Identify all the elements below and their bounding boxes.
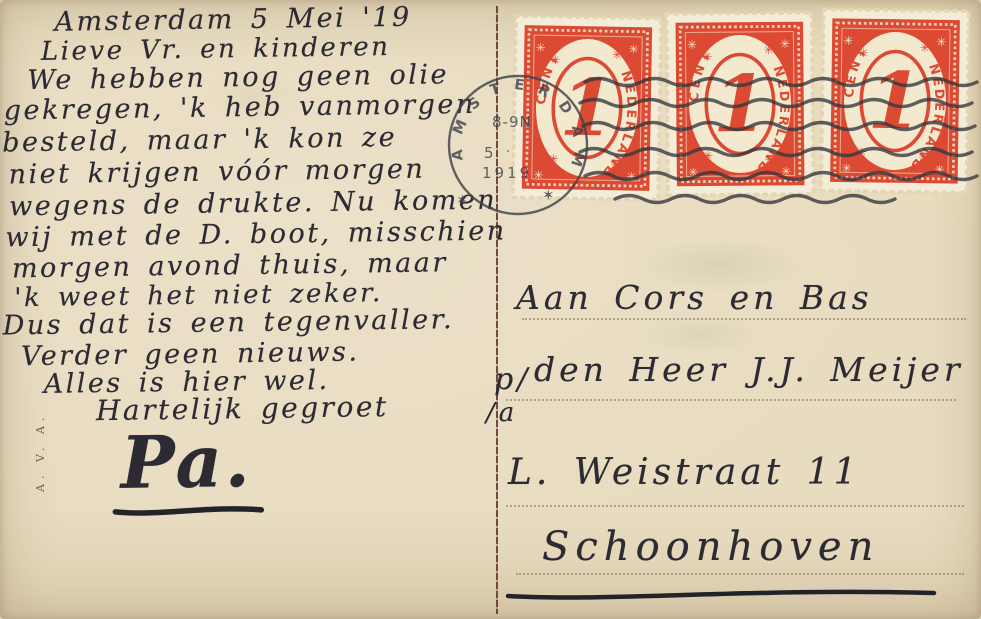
address-care-of-bottom: /a <box>486 398 518 428</box>
address-dotted-line <box>506 399 956 401</box>
address-dotted-line <box>506 505 964 507</box>
postmark-star-icon: ✶ <box>456 191 469 209</box>
address-street: L. Weistraat 11 <box>508 452 860 493</box>
address-recipients: Aan Cors en Bas <box>516 278 873 317</box>
address-care-of-top: p/ <box>494 362 531 397</box>
signature-underline <box>103 498 273 522</box>
postmark-star-icon: ✶ <box>542 186 555 204</box>
signature: Pa. <box>120 418 253 505</box>
cancellation: AMSTERDAM 8-9N 5 · 1919 ✶ ✶ <box>420 50 981 225</box>
message-line: gekregen, 'k heb vanmorgen <box>4 89 476 127</box>
postmark: AMSTERDAM 8-9N 5 · 1919 ✶ ✶ <box>449 76 587 214</box>
postcard: A. V. A. Amsterdam 5 Mei '19 Lieve Vr. e… <box>0 0 981 619</box>
address-underline-flourish <box>498 584 946 606</box>
svg-text:✳: ✳ <box>936 35 946 49</box>
postmark-year: 1919 <box>482 164 532 182</box>
postmark-day: 5 <box>484 144 494 162</box>
svg-text:✳: ✳ <box>843 34 853 48</box>
message-line: Dus dat is een tegenvaller. <box>3 304 455 341</box>
address-dotted-line <box>516 573 964 575</box>
address-dotted-line <box>522 318 966 320</box>
address-addressee: den Heer J.J. Meijer <box>534 350 964 389</box>
message-line: besteld, maar 'k kon ze <box>2 122 397 159</box>
postmark-time: 8-9N <box>492 113 532 131</box>
wavy-cancel-lines <box>580 79 977 203</box>
message-line: niet krijgen vóór morgen <box>8 154 425 191</box>
postmark-day-separator: · <box>506 145 510 160</box>
address-city: Schoonhoven <box>542 524 879 570</box>
postmark-circle <box>449 76 587 214</box>
